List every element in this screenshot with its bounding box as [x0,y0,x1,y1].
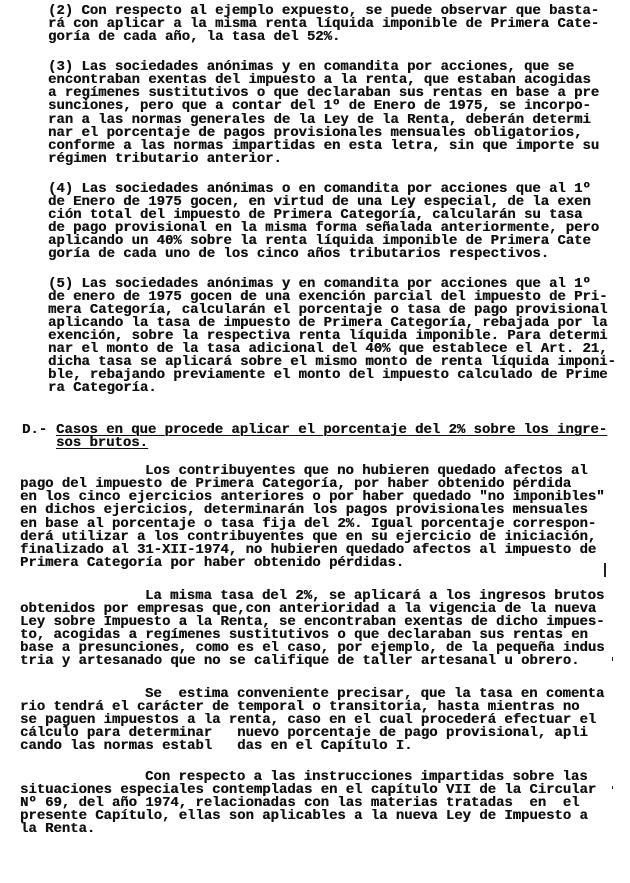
scan-artifact [604,563,606,577]
text-line: presente Capítulo, ellas son aplicables … [20,810,588,823]
section-label: D.- [22,424,47,437]
text-line: régimen tributario anterior. [48,153,282,166]
scan-artifact [612,657,613,661]
text-line: cando las normas establ das en el Capítu… [20,740,412,753]
text-line: Primera Categoría por haber obtenido pér… [20,557,404,570]
text-line: ra Categoría. [48,382,157,395]
text-line: goría de cada año, la tasa del 52%. [48,31,340,44]
typewritten-page: (2) Con respecto al ejemplo expuesto, se… [0,0,630,883]
section-title-line: sos brutos. [56,437,148,450]
text-line: la Renta. [20,823,95,836]
text-line: goría de cada uno de los cinco años trib… [48,248,549,261]
scan-artifact [612,786,613,789]
text-line: tria y artesanado que no se califique de… [20,655,579,668]
